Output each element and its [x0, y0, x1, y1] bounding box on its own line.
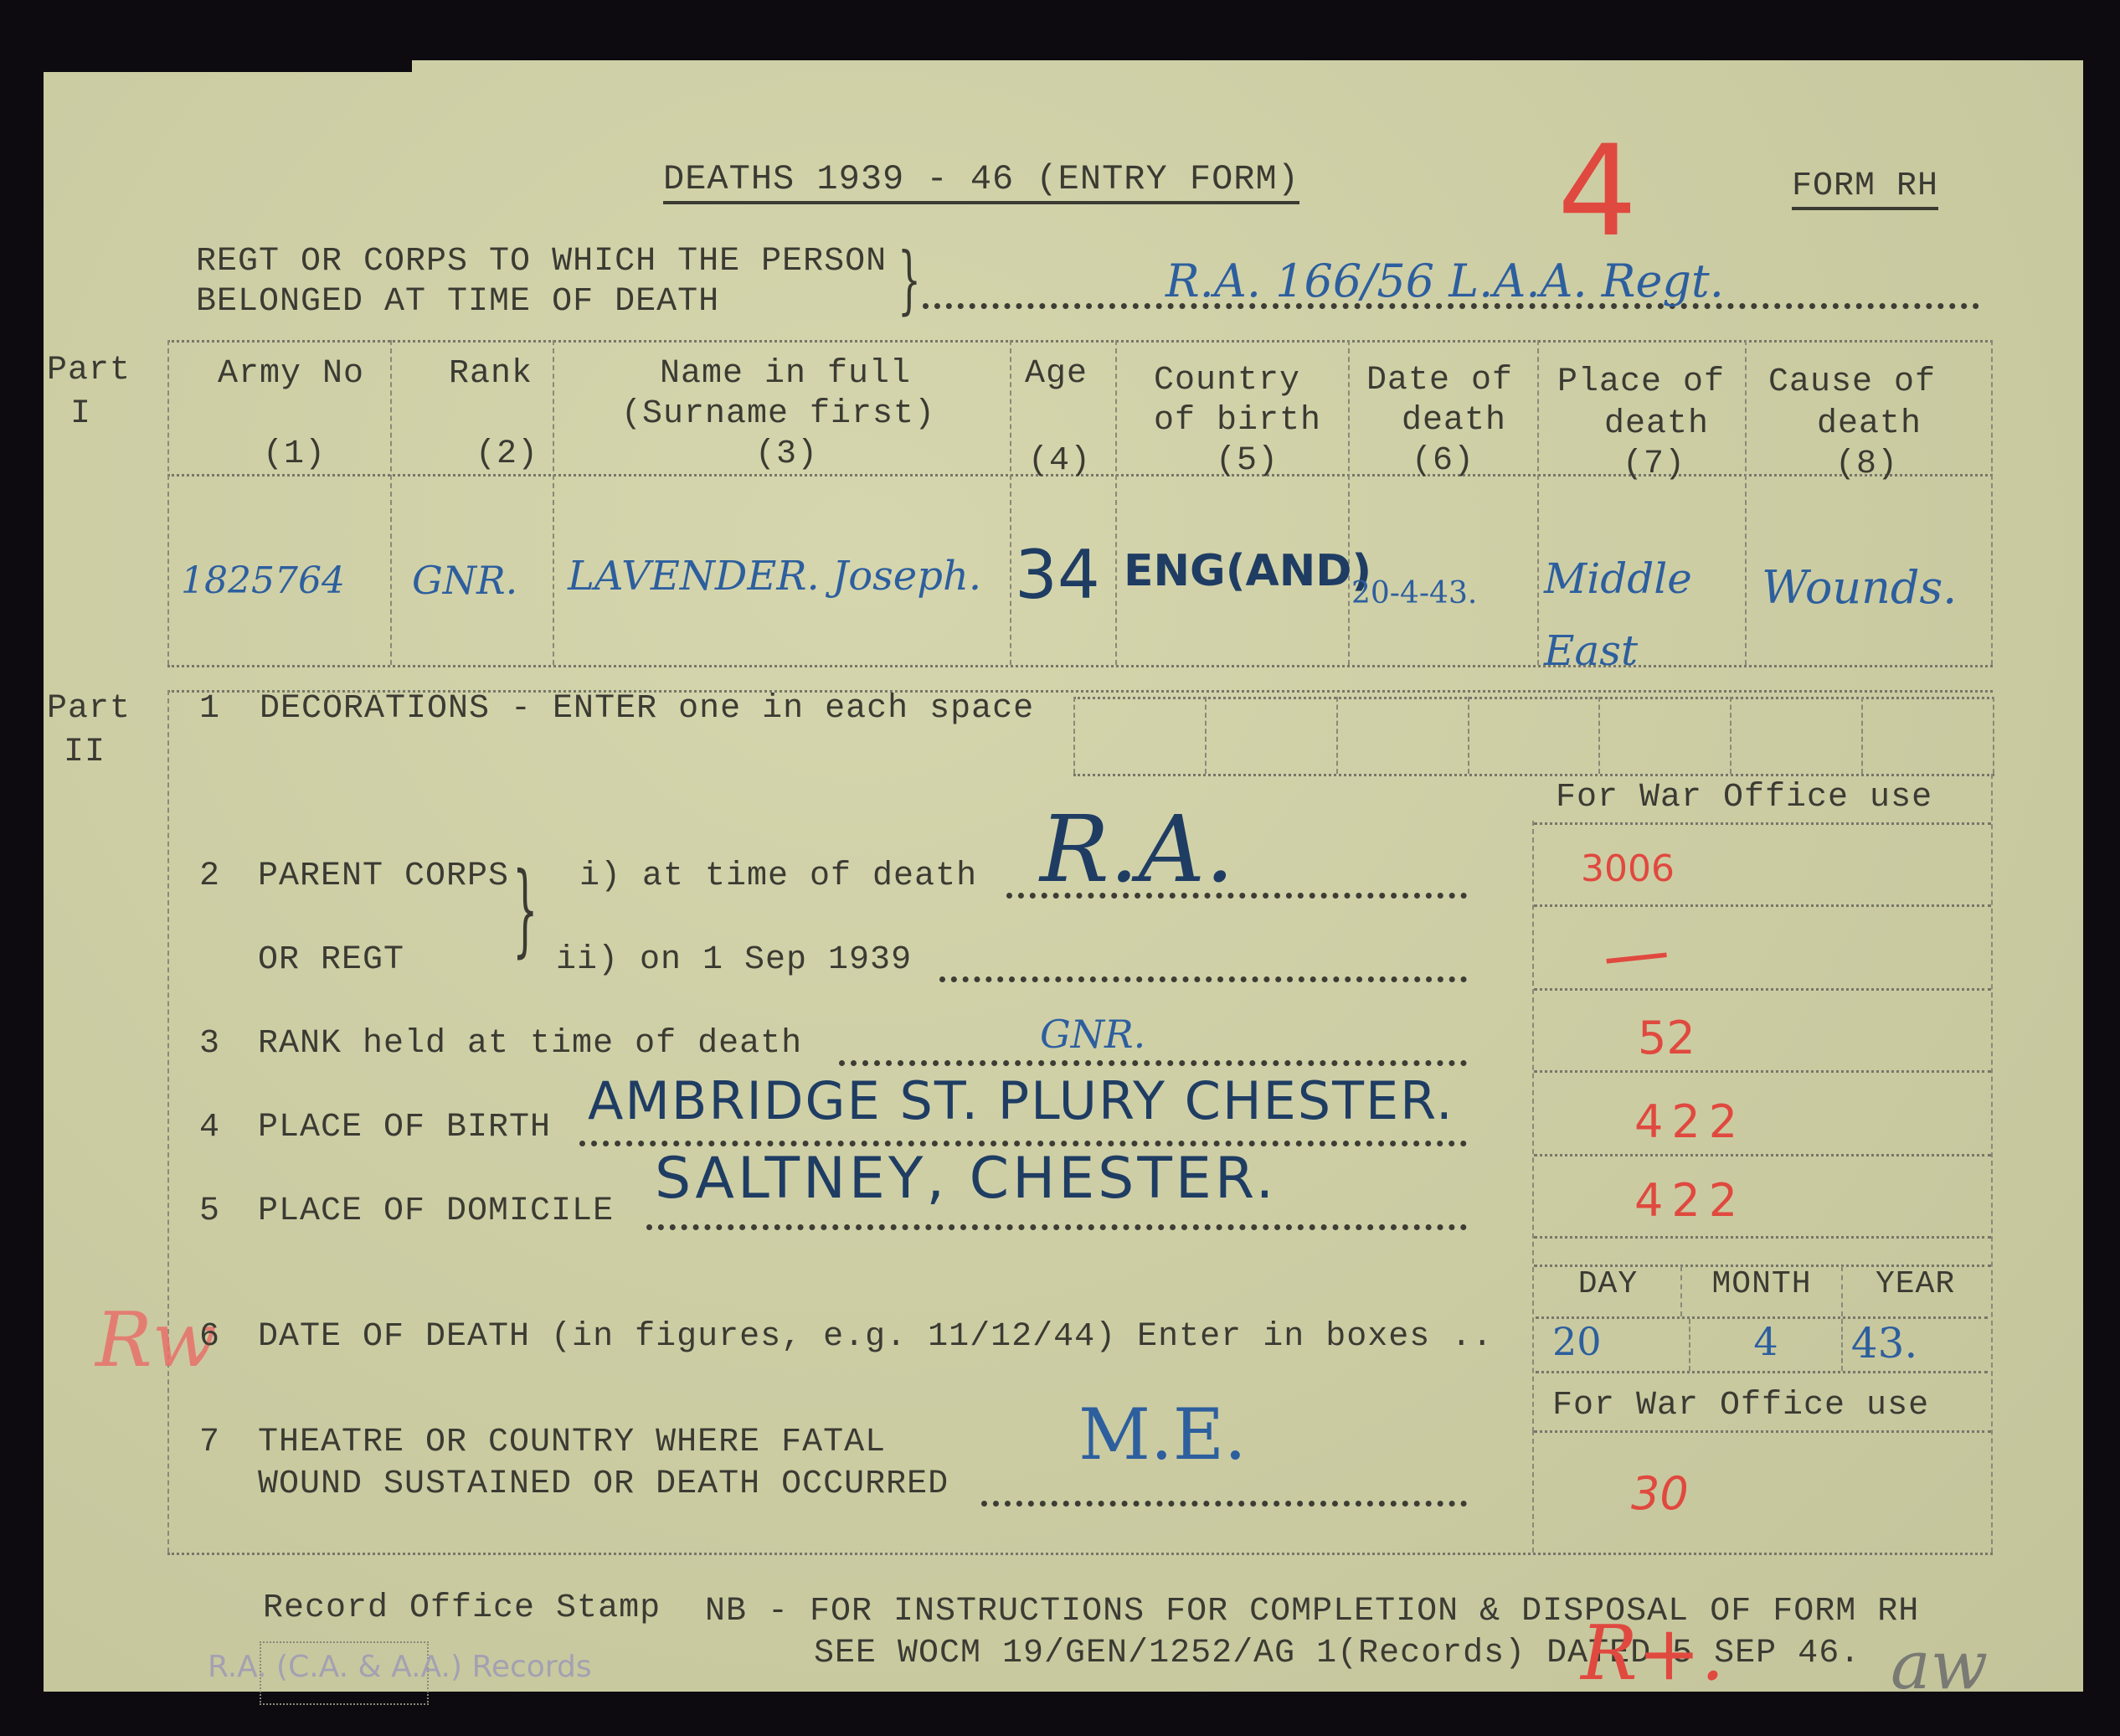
col-num-5: (5)	[1216, 442, 1279, 480]
item3-label: RANK held at time of death	[258, 1025, 802, 1063]
col-header-country-sub: of birth	[1154, 402, 1321, 440]
regt-brace: }	[898, 236, 922, 322]
war-office-header-2: For War Office use	[1552, 1387, 1929, 1424]
col-header-place: Place of	[1557, 363, 1725, 401]
date-header-month: MONTH	[1682, 1266, 1843, 1316]
col-divider	[1348, 340, 1350, 665]
col-header-name-sub: (Surname first)	[621, 395, 935, 433]
col-header-place-sub: death	[1604, 405, 1709, 443]
col-header-rank: Rank	[449, 355, 533, 393]
decoration-box[interactable]	[1861, 697, 1994, 774]
col-num-1: (1)	[263, 435, 326, 473]
date-day-box[interactable]: 20	[1536, 1319, 1690, 1371]
col-header-cause: Cause of	[1768, 363, 1936, 401]
part2-bottom-rule	[167, 1553, 1993, 1555]
date-header-row: DAY MONTH YEAR	[1536, 1266, 1988, 1319]
form-sheet: DEATHS 1939 - 46 (ENTRY FORM) 4 FORM RH …	[44, 60, 2083, 1692]
record-office-stamp: R.A. (C.A. & A.A.) Records	[208, 1650, 592, 1684]
date-month-box[interactable]: 4	[1690, 1319, 1843, 1371]
torn-corner	[44, 60, 412, 72]
item1-number: 1	[199, 690, 220, 728]
col-num-7: (7)	[1623, 446, 1685, 483]
item3-dotted-line	[839, 1060, 1467, 1066]
col-header-date: Date of	[1366, 362, 1513, 399]
red-initials: R+.	[1581, 1610, 1725, 1697]
col-divider	[1010, 340, 1011, 665]
value-place-of-death: Middle East	[1544, 543, 1737, 687]
regt-label-line2: BELONGED AT TIME OF DEATH	[196, 283, 719, 321]
part1-label-line2: I	[70, 395, 91, 433]
col-header-age: Age	[1025, 355, 1088, 393]
part1-label-line1: Part	[47, 352, 131, 389]
record-office-stamp-label: Record Office Stamp	[263, 1589, 661, 1627]
decoration-box[interactable]	[1598, 697, 1730, 774]
part2-left-rule	[167, 690, 169, 1553]
wo-rule	[1534, 1430, 1991, 1433]
item6-label: DATE OF DEATH (in figures, e.g. 11/12/44…	[258, 1318, 1493, 1356]
wo-rule	[1534, 904, 1991, 907]
col-divider	[390, 340, 392, 665]
war-office-left-rule	[1532, 821, 1534, 1432]
item3-value: GNR.	[1040, 1012, 1145, 1057]
item4-code: 422	[1634, 1095, 1746, 1148]
part1-top-rule	[167, 340, 1993, 343]
date-header-day: DAY	[1536, 1266, 1682, 1316]
col-divider	[167, 340, 169, 665]
item5-code: 422	[1634, 1174, 1746, 1227]
value-cause-of-death: Wounds.	[1762, 561, 1957, 614]
wo-left-rule	[1532, 1430, 1534, 1553]
war-office-right-rule	[1991, 774, 1993, 1553]
col-divider	[553, 340, 554, 665]
regt-label-line1: REGT OR CORPS TO WHICH THE PERSON	[196, 243, 887, 281]
item2-code-ii: —	[1598, 911, 1673, 996]
col-header-date-sub: death	[1402, 402, 1506, 440]
value-rank: GNR.	[412, 558, 517, 603]
war-office-header: For War Office use	[1556, 779, 1932, 816]
item4-label: PLACE OF BIRTH	[258, 1109, 551, 1146]
decoration-box[interactable]	[1073, 697, 1205, 774]
wo-rule	[1534, 1070, 1991, 1073]
item2-code-i: 3006	[1581, 847, 1675, 890]
item4-value: AMBRIDGE ST. PLURY CHESTER.	[588, 1070, 1454, 1131]
part2-label-line2: II	[64, 734, 105, 771]
col-divider	[1991, 340, 1993, 665]
decorations-bottom-rule	[1073, 774, 1994, 776]
red-sheet-number: 4	[1557, 119, 1637, 265]
col-num-2: (2)	[476, 435, 538, 473]
value-date-of-death: 20-4-43.	[1351, 576, 1477, 610]
item2-number: 2	[199, 858, 220, 895]
value-age: 34	[1015, 536, 1100, 614]
date-year-box[interactable]: 43.	[1843, 1319, 1988, 1371]
col-header-name: Name in full	[660, 355, 911, 393]
item2-label-a: PARENT CORPS	[258, 858, 509, 895]
decorations-boxes	[1073, 697, 1994, 774]
item2-sub-i: i) at time of death	[579, 858, 977, 895]
item7-label-line2: WOUND SUSTAINED OR DEATH OCCURRED	[258, 1466, 949, 1503]
part2-label-line1: Part	[47, 690, 131, 728]
col-header-cause-sub: death	[1817, 405, 1922, 443]
col-num-4: (4)	[1028, 442, 1091, 480]
col-header-army-no: Army No	[218, 355, 364, 393]
item3-number: 3	[199, 1025, 220, 1063]
col-num-3: (3)	[755, 435, 818, 473]
decoration-box[interactable]	[1730, 697, 1861, 774]
item7-code: 30	[1631, 1467, 1689, 1520]
form-code: FORM RH	[1792, 167, 1938, 210]
item5-value: SALTNEY, CHESTER.	[655, 1146, 1277, 1212]
item4-number: 4	[199, 1109, 220, 1146]
item5-number: 5	[199, 1193, 220, 1230]
col-num-8: (8)	[1835, 446, 1898, 483]
pencil-initials: aw	[1891, 1626, 1988, 1704]
nb-line1: NB - FOR INSTRUCTIONS FOR COMPLETION & D…	[705, 1593, 1919, 1630]
value-army-no: 1825764	[181, 559, 345, 602]
item6-number: 6	[199, 1318, 220, 1356]
item7-label-line1: THEATRE OR COUNTRY WHERE FATAL	[258, 1424, 886, 1461]
col-header-country: Country	[1154, 362, 1300, 399]
col-num-6: (6)	[1412, 442, 1474, 480]
wo-rule	[1534, 988, 1991, 991]
item2-label-b: OR REGT	[258, 941, 404, 979]
item2-ii-dotted-line	[939, 976, 1467, 982]
wo-rule	[1534, 1236, 1991, 1239]
decoration-box[interactable]	[1468, 697, 1599, 774]
item2-sub-ii: ii) on 1 Sep 1939	[556, 941, 912, 979]
wo-rule	[1534, 822, 1991, 825]
form-title: DEATHS 1939 - 46 (ENTRY FORM)	[663, 159, 1299, 204]
item1-label: DECORATIONS - ENTER one in each space	[260, 690, 1034, 728]
value-name: LAVENDER. Joseph.	[568, 553, 981, 600]
item2-brace: }	[512, 839, 538, 981]
decoration-box[interactable]	[1205, 697, 1336, 774]
col-divider	[1745, 340, 1747, 665]
regt-value: R.A. 166/56 L.A.A. Regt.	[1165, 255, 1724, 307]
col-divider	[1115, 340, 1117, 665]
col-divider	[1537, 340, 1539, 665]
item5-dotted-line	[646, 1224, 1467, 1230]
date-header-year: YEAR	[1843, 1266, 1988, 1316]
value-country-of-birth: ENG(AND)	[1124, 546, 1371, 596]
decoration-box[interactable]	[1336, 697, 1468, 774]
item7-dotted-line	[981, 1501, 1467, 1507]
item7-value: M.E.	[1078, 1393, 1247, 1476]
item3-code: 52	[1638, 1012, 1695, 1064]
item7-number: 7	[199, 1424, 220, 1461]
date-value-row: 20 4 43.	[1536, 1319, 1988, 1373]
item2-value-i: R.A.	[1040, 796, 1234, 903]
wo-rule	[1534, 1154, 1991, 1156]
item5-label: PLACE OF DOMICILE	[258, 1193, 614, 1230]
